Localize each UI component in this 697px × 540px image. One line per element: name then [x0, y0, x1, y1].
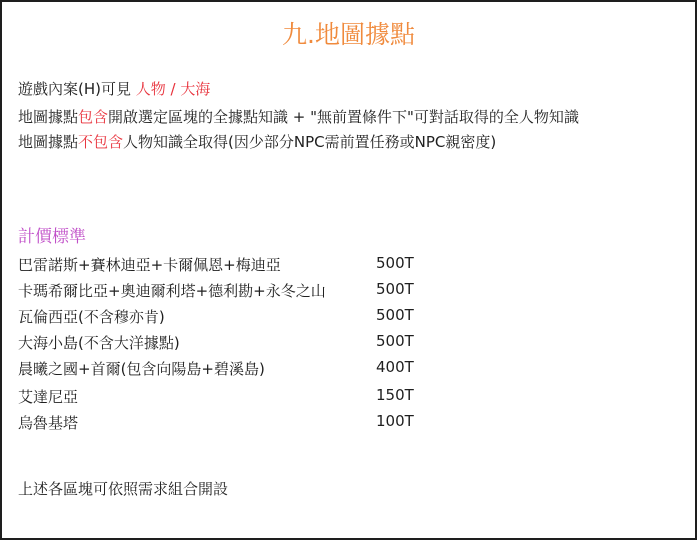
region-price: 500T [376, 306, 414, 324]
price-row: 巴雷諾斯+賽林迪亞+卡爾佩恩+梅迪亞 500T [18, 254, 438, 280]
intro-text: 地圖據點 [18, 133, 78, 151]
intro-line-excludes: 地圖據點不包含人物知識全取得(因少部分NPC需前置任務或NPC親密度) [18, 131, 496, 152]
footer-note: 上述各區塊可依照需求組合開設 [18, 478, 228, 499]
region-name: 烏魯基塔 [18, 412, 78, 433]
price-row: 卡瑪希爾比亞+奧迪爾利塔+德利勘+永冬之山 500T [18, 280, 438, 306]
region-name: 卡瑪希爾比亞+奧迪爾利塔+德利勘+永冬之山 [18, 280, 326, 301]
highlight-text: 不包含 [78, 133, 123, 151]
region-price: 150T [376, 386, 414, 404]
document-frame: 九.地圖據點 遊戲內案(H)可見 人物 / 大海 地圖據點包含開啟選定區塊的全據… [0, 0, 697, 540]
region-name: 艾達尼亞 [18, 386, 78, 407]
highlight-text: 包含 [78, 108, 108, 126]
region-name: 瓦倫西亞(不含穆亦肯) [18, 306, 165, 327]
intro-line-visibility: 遊戲內案(H)可見 人物 / 大海 [18, 78, 210, 99]
pricing-heading: 計價標準 [18, 222, 86, 247]
region-price: 500T [376, 254, 414, 272]
region-price: 400T [376, 358, 414, 376]
region-name: 巴雷諾斯+賽林迪亞+卡爾佩恩+梅迪亞 [18, 254, 281, 275]
intro-text: 人物知識全取得(因少部分NPC需前置任務或NPC親密度) [123, 133, 496, 151]
region-name: 大海小島(不含大洋據點) [18, 332, 180, 353]
page-title: 九.地圖據點 [2, 15, 695, 51]
price-row: 瓦倫西亞(不含穆亦肯) 500T [18, 306, 438, 332]
price-row: 晨曦之國+首爾(包含向陽島+碧溪島) 400T [18, 358, 438, 384]
highlight-text: 人物 / 大海 [136, 80, 211, 98]
intro-text: 開啟選定區塊的全據點知識 + "無前置條件下"可對話取得的全人物知識 [108, 108, 579, 126]
price-row: 烏魯基塔 100T [18, 412, 438, 438]
region-price: 500T [376, 280, 414, 298]
price-row: 艾達尼亞 150T [18, 386, 438, 412]
region-price: 100T [376, 412, 414, 430]
intro-line-includes: 地圖據點包含開啟選定區塊的全據點知識 + "無前置條件下"可對話取得的全人物知識 [18, 106, 579, 127]
region-name: 晨曦之國+首爾(包含向陽島+碧溪島) [18, 358, 265, 379]
region-price: 500T [376, 332, 414, 350]
intro-text: 遊戲內案(H)可見 [18, 80, 136, 98]
price-row: 大海小島(不含大洋據點) 500T [18, 332, 438, 358]
intro-text: 地圖據點 [18, 108, 78, 126]
